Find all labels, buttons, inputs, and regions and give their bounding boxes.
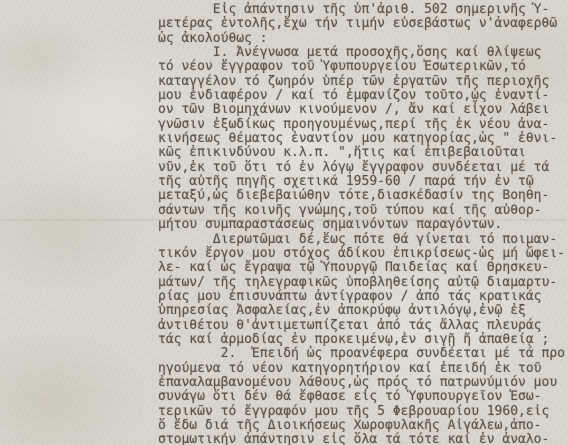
- document-line: νῦν,ἐκ τοῦ ὅτι τό ἐν λόγῳ ἔγγραφον συνδέ…: [158, 161, 567, 175]
- document-line: ἀντιθέτου θ'ἀντιμετωπίζεται ἀπό τάς ἄλλα…: [158, 319, 567, 333]
- document-line: μετέρας ἐντολῆς,ἔχω τήν τιμήν εὐσεβάστως…: [158, 17, 567, 31]
- document-line: σάντων τῆς κοινῆς γνώμης,τοῦ τύπου καί τ…: [158, 204, 567, 218]
- document-line: Διερωτῶμαι δέ,ἕως πότε θά γίνεται τό ποι…: [158, 233, 567, 247]
- document-line: 2. Ἐπειδή ὡς προανέφερα συνδέεται μέ τά …: [158, 347, 567, 361]
- document-line: ὡς ἀκολούθως :: [158, 32, 567, 46]
- scanned-document-page: Εἰς ἀπάντησιν τῆς ὑπ'ἀριθ. 502 σημερινῆς…: [0, 0, 567, 445]
- document-line: συνάγω ὅτι δέν θά ἔφθασε εἰς τό Ὑφυπουργ…: [158, 390, 567, 404]
- document-line: κῶς ἐπικινδύνου κ.λ.π. ",ἥτις καί ἐπιβεβ…: [158, 146, 567, 160]
- document-line: ὑπηρεσίας Ἀσφαλείας,ἐν ἀποκρύφῳ ἀντιλόγῳ…: [158, 304, 567, 318]
- document-line: στομωτικήν ἀπάντησιν εἰς ὅλα τά τότε καί…: [158, 433, 567, 445]
- document-line: μήτου συμπαραστάσεως σημαινόντων παραγόν…: [158, 218, 567, 232]
- document-line: μεταξύ,ὡς διεβεβαιώθην τότε,διασκέδασίν …: [158, 189, 567, 203]
- document-line: τό νέον ἔγγραφον τοῦ Ὑφυπουργείου Ἐσωτερ…: [158, 60, 567, 74]
- document-line: μάτων/ τῆς τηλεγραφικῶς ὑποβληθείσης αὐτ…: [158, 276, 567, 290]
- document-line: τερικῶν τό ἔγγραφόν μου τῆς 5 Φεβρουαρίο…: [158, 405, 567, 419]
- document-line: ον τῶν Βιομηχάνων κινούμενον /, ἄν καί ε…: [158, 103, 567, 117]
- document-line: ηγούμενα τό νέον κατηγορητήριον καί ἐπει…: [158, 362, 567, 376]
- document-text: Εἰς ἀπάντησιν τῆς ὑπ'ἀριθ. 502 σημερινῆς…: [158, 3, 567, 445]
- document-line: καταγγέλον τό ζωηρόν ὑπέρ τῶν ἐργατῶν τῆ…: [158, 75, 567, 89]
- document-line: λε- καί ὡς ἔγραψα τῷ Ὑπουργῷ Παιδείας κα…: [158, 261, 567, 275]
- document-line: γνῶσιν ἐξωδίκως προηγουμένως,περί τῆς ἐκ…: [158, 118, 567, 132]
